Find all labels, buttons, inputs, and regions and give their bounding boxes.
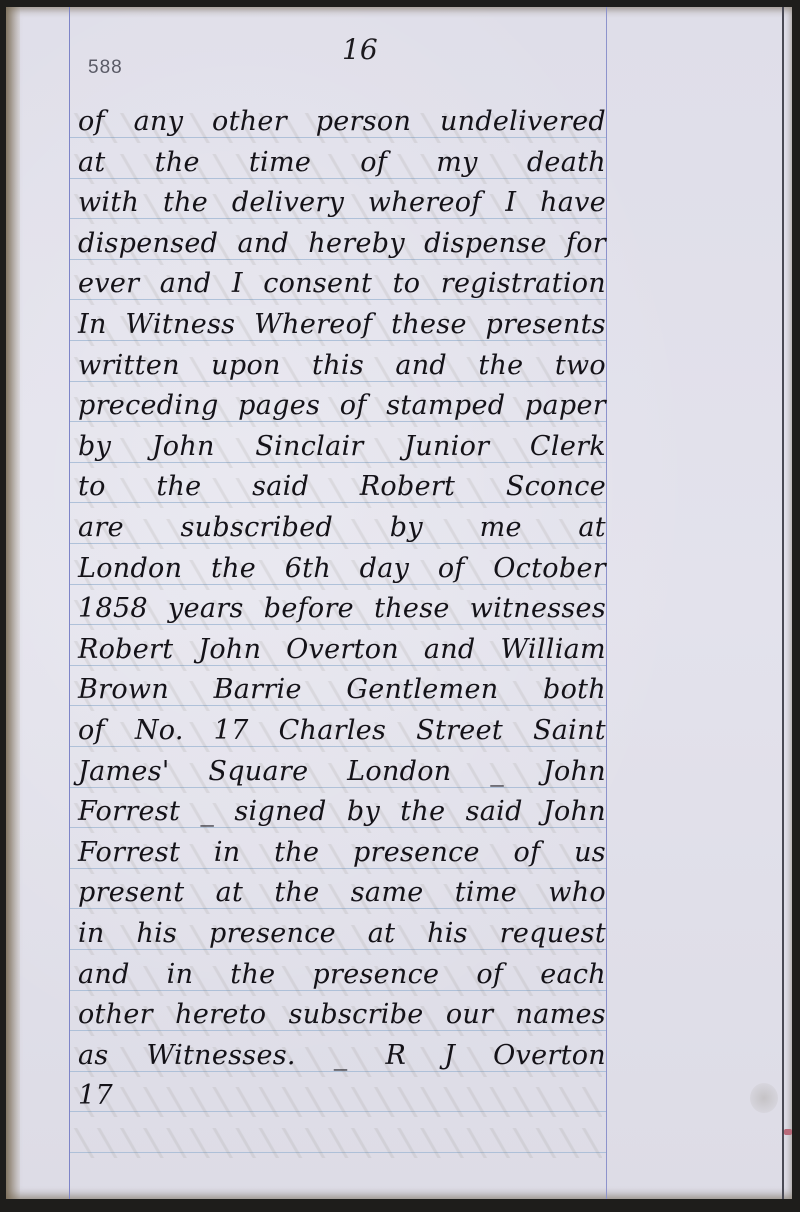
handwritten-word: signed [234, 798, 326, 829]
footer-note-text: 17 [78, 1082, 113, 1113]
handwritten-word: of [360, 149, 387, 180]
handwritten-word: Sconce [506, 473, 606, 504]
handwritten-word: dispensed [78, 230, 218, 261]
handwritten-word: at [78, 149, 106, 180]
handwritten-word: James' [78, 758, 170, 789]
handwritten-word: paper [525, 392, 606, 423]
handwritten-word: death [527, 149, 606, 180]
text-line: dispensedandherebydispensefor [78, 221, 606, 261]
handwritten-word: of [78, 717, 105, 748]
handwritten-word: Gentlemen [346, 676, 498, 707]
handwritten-word: in [167, 961, 194, 992]
handwritten-word: R [385, 1042, 406, 1073]
handwritten-word: subscribed [181, 514, 334, 545]
handwritten-word: undelivered [440, 108, 606, 139]
text-line: inhispresenceathisrequest [78, 911, 606, 951]
handwritten-word: Forrest [78, 839, 180, 870]
text-line: BrownBarrieGentlemenboth [78, 667, 606, 707]
handwritten-word: other [78, 1001, 153, 1032]
handwritten-word: London [78, 555, 182, 586]
handwritten-word: time [455, 879, 517, 910]
handwritten-word: these [374, 595, 450, 626]
handwritten-word: J [444, 1042, 455, 1073]
handwritten-word: pages [238, 392, 320, 423]
handwritten-word: _ [200, 798, 214, 829]
handwritten-word: 6th [285, 555, 331, 586]
handwritten-word: Forrest [78, 798, 180, 829]
handwritten-word: for [566, 230, 606, 261]
handwritten-word: the [478, 352, 523, 383]
handwritten-word: who [548, 879, 606, 910]
text-line: Londonthe6thdayofOctober [78, 546, 606, 586]
handwritten-word: with [78, 189, 139, 220]
page-number: 588 [88, 57, 123, 79]
text-line: atthetimeofmydeath [78, 140, 606, 180]
handwritten-word: of [476, 961, 503, 992]
text-line: tothesaidRobertSconce [78, 464, 606, 504]
handwritten-word: hereby [308, 230, 405, 261]
handwritten-word: 1858 [78, 595, 148, 626]
handwritten-word: whereof [368, 189, 482, 220]
handwritten-word: have [540, 189, 606, 220]
page-tab-marker [784, 1129, 792, 1135]
ink-bleed-through [72, 1128, 602, 1158]
text-line: presentatthesametimewho [78, 870, 606, 910]
handwritten-word: same [351, 879, 424, 910]
handwritten-word: the [230, 961, 275, 992]
handwritten-word: of [78, 108, 105, 139]
handwritten-word: I [232, 270, 243, 301]
handwritten-word: dispense [424, 230, 547, 261]
handwritten-word: are [78, 514, 124, 545]
footer-note: 17 [78, 1073, 606, 1113]
handwritten-word: John [198, 636, 261, 667]
handwritten-word: Robert [78, 636, 173, 667]
handwritten-word: names [516, 1001, 606, 1032]
text-line: otherheretosubscribeournames [78, 992, 606, 1032]
handwritten-word: ever [78, 270, 139, 301]
handwritten-word: and [160, 270, 212, 301]
handwritten-word: hereto [175, 1001, 266, 1032]
scanned-page-viewer: 588 16 ofanyotherpersonundeliveredatthet… [0, 0, 800, 1212]
handwritten-word: London [347, 758, 451, 789]
handwritten-word: by [78, 433, 111, 464]
handwritten-word: consent [263, 270, 372, 301]
text-line: ofNo.17CharlesStreetSaint [78, 708, 606, 748]
text-line: precedingpagesofstampedpaper [78, 383, 606, 423]
handwritten-word: by [390, 514, 423, 545]
text-line: Forrest_signedbythesaidJohn [78, 789, 606, 829]
handwritten-word: Overton [493, 1042, 606, 1073]
handwritten-word: Charles [279, 717, 387, 748]
text-line: James'SquareLondon_John [78, 749, 606, 789]
handwritten-word: witnesses [470, 595, 606, 626]
handwritten-word: written [78, 352, 180, 383]
text-line: withthedeliverywhereofIhave [78, 180, 606, 220]
handwritten-word: years [168, 595, 244, 626]
handwritten-word: each [540, 961, 606, 992]
handwritten-word: and [395, 352, 447, 383]
handwritten-word: Square [208, 758, 308, 789]
handwritten-word: John [543, 798, 606, 829]
handwritten-word: in [78, 920, 105, 951]
handwritten-word: day [360, 555, 410, 586]
handwritten-word: delivery [232, 189, 344, 220]
handwritten-word: in [214, 839, 241, 870]
handwritten-word: _ [334, 1042, 348, 1073]
right-margin-rule [606, 7, 607, 1199]
handwritten-word: any [134, 108, 184, 139]
handwritten-word: his [427, 920, 468, 951]
handwritten-word: stamped [386, 392, 505, 423]
handwritten-word: _ [490, 758, 504, 789]
handwritten-word: our [446, 1001, 493, 1032]
handwritten-word: to [393, 270, 421, 301]
handwritten-word: Whereof [254, 311, 372, 342]
text-line: RobertJohnOvertonandWilliam [78, 627, 606, 667]
handwritten-word: time [249, 149, 311, 180]
text-line: everandIconsenttoregistration [78, 261, 606, 301]
handwritten-word: Sinclair [255, 433, 363, 464]
handwritten-word: my [436, 149, 477, 180]
left-margin-rule [69, 7, 70, 1199]
handwritten-word: to [78, 473, 106, 504]
handwritten-word: at [578, 514, 606, 545]
ruled-line [70, 1152, 606, 1153]
handwritten-word: as [78, 1042, 109, 1073]
handwritten-word: at [216, 879, 244, 910]
handwritten-word: presents [485, 311, 606, 342]
handwritten-word: request [500, 920, 606, 951]
handwritten-word: and [78, 961, 130, 992]
handwritten-word: Junior [404, 433, 489, 464]
text-line: InWitnessWhereofthesepresents [78, 302, 606, 342]
handwritten-word: these [391, 311, 467, 342]
handwritten-word: said [252, 473, 309, 504]
handwritten-word: of [438, 555, 465, 586]
text-line: asWitnesses._RJOverton [78, 1033, 606, 1073]
handwritten-word: No. [135, 717, 184, 748]
handwritten-word: of [340, 392, 367, 423]
handwritten-word: Robert [360, 473, 455, 504]
handwritten-word: Barrie [214, 676, 302, 707]
ledger-page: 588 16 ofanyotherpersonundeliveredatthet… [6, 7, 792, 1199]
handwritten-word: this [312, 352, 364, 383]
handwritten-word: person [316, 108, 411, 139]
handwritten-word: present [78, 879, 184, 910]
text-line: byJohnSinclairJuniorClerk [78, 424, 606, 464]
handwritten-word: presence [312, 961, 439, 992]
text-line: Forrestinthepresenceofus [78, 830, 606, 870]
handwritten-word: both [543, 676, 606, 707]
handwritten-word: presence [209, 920, 336, 951]
handwritten-word: two [555, 352, 606, 383]
paper-stain [750, 1083, 778, 1113]
handwritten-word: Witness [125, 311, 235, 342]
handwritten-word: the [156, 473, 201, 504]
handwritten-word: and [424, 636, 476, 667]
handwritten-word: registration [441, 270, 606, 301]
handwritten-word: and [237, 230, 289, 261]
text-line: 1858yearsbeforethesewitnesses [78, 586, 606, 626]
handwritten-word: presence [353, 839, 480, 870]
handwritten-word: of [514, 839, 541, 870]
handwritten-word: Street [416, 717, 503, 748]
handwritten-word: us [574, 839, 606, 870]
handwritten-word: I [505, 189, 516, 220]
handwritten-word: October [493, 555, 606, 586]
text-line: writtenuponthisandthetwo [78, 343, 606, 383]
text-line: andinthepresenceofeach [78, 952, 606, 992]
handwritten-word: preceding [78, 392, 219, 423]
handwritten-word: In [78, 311, 107, 342]
handwritten-word: Clerk [530, 433, 606, 464]
folio-number: 16 [342, 33, 378, 66]
handwritten-word: the [274, 839, 319, 870]
handwritten-word: before [264, 595, 354, 626]
handwritten-word: John [152, 433, 215, 464]
handwritten-word: the [400, 798, 445, 829]
handwritten-word: other [212, 108, 287, 139]
handwritten-word: Witnesses. [147, 1042, 296, 1073]
page-edge [782, 7, 784, 1199]
handwritten-word: his [136, 920, 177, 951]
text-line: ofanyotherpersonundelivered [78, 99, 606, 139]
handwritten-word: the [274, 879, 319, 910]
handwritten-word: the [155, 149, 200, 180]
handwritten-word: William [500, 636, 606, 667]
handwritten-word: upon [211, 352, 281, 383]
handwritten-word: Overton [286, 636, 399, 667]
handwritten-word: said [466, 798, 523, 829]
handwritten-word: Brown [78, 676, 169, 707]
handwritten-word: the [163, 189, 208, 220]
handwritten-word: John [543, 758, 606, 789]
handwritten-word: subscribe [289, 1001, 424, 1032]
text-line: aresubscribedbymeat [78, 505, 606, 545]
handwritten-word: Saint [533, 717, 606, 748]
handwritten-word: 17 [214, 717, 249, 748]
handwritten-word: me [480, 514, 522, 545]
handwritten-word: at [368, 920, 396, 951]
handwritten-word: the [211, 555, 256, 586]
handwritten-word: by [347, 798, 380, 829]
